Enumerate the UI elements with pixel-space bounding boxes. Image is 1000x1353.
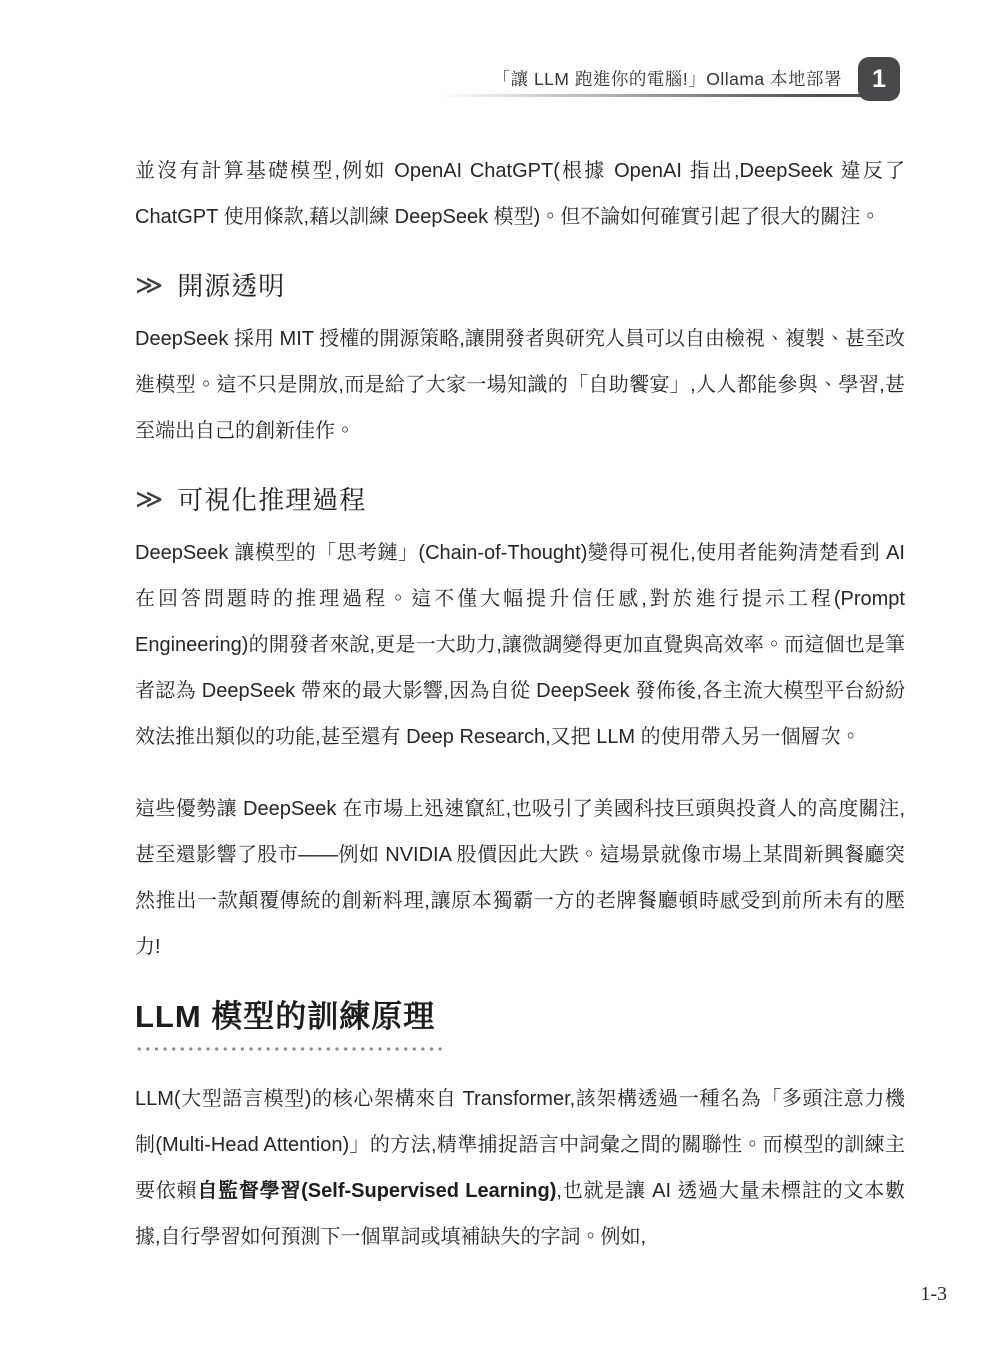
section-paragraph: DeepSeek 採用 MIT 授權的開源策略,讓開發者與研究人員可以自由檢視、… <box>135 316 905 454</box>
chapter-number-badge: 1 <box>858 57 900 101</box>
main-section-header: LLM 模型的訓練原理 <box>135 996 905 1052</box>
double-chevron-right-icon: ≫ <box>135 479 163 519</box>
dotted-underline <box>135 1046 443 1052</box>
page-number: 1-3 <box>920 1283 947 1306</box>
double-chevron-right-icon: ≫ <box>135 265 163 305</box>
header-rule <box>438 94 888 97</box>
section-heading-visible-reasoning: ≫ 可視化推理過程 <box>135 480 905 520</box>
main-section-paragraph: LLM(大型語言模型)的核心架構來自 Transformer,該架構透過一種名為… <box>135 1076 905 1260</box>
book-page: 「讓 LLM 跑進你的電腦!」Ollama 本地部署 1 並沒有計算基礎模型,例… <box>0 0 1000 1353</box>
section-paragraph: 這些優勢讓 DeepSeek 在市場上迅速竄紅,也吸引了美國科技巨頭與投資人的高… <box>135 786 905 970</box>
content-column: 並沒有計算基礎模型,例如 OpenAI ChatGPT(根據 OpenAI 指出… <box>135 148 905 1260</box>
intro-paragraph: 並沒有計算基礎模型,例如 OpenAI ChatGPT(根據 OpenAI 指出… <box>135 148 905 240</box>
section-heading-label: 開源透明 <box>177 266 285 306</box>
section-heading-label: 可視化推理過程 <box>177 480 366 520</box>
main-section-title: LLM 模型的訓練原理 <box>135 996 905 1038</box>
running-header: 「讓 LLM 跑進你的電腦!」Ollama 本地部署 1 <box>0 0 1000 110</box>
running-header-title: 「讓 LLM 跑進你的電腦!」Ollama 本地部署 <box>493 66 842 91</box>
section-paragraph: DeepSeek 讓模型的「思考鏈」(Chain-of-Thought)變得可視… <box>135 530 905 760</box>
section-heading-open-source: ≫ 開源透明 <box>135 266 905 306</box>
bold-term: 自監督學習(Self-Supervised Learning) <box>197 1180 556 1202</box>
